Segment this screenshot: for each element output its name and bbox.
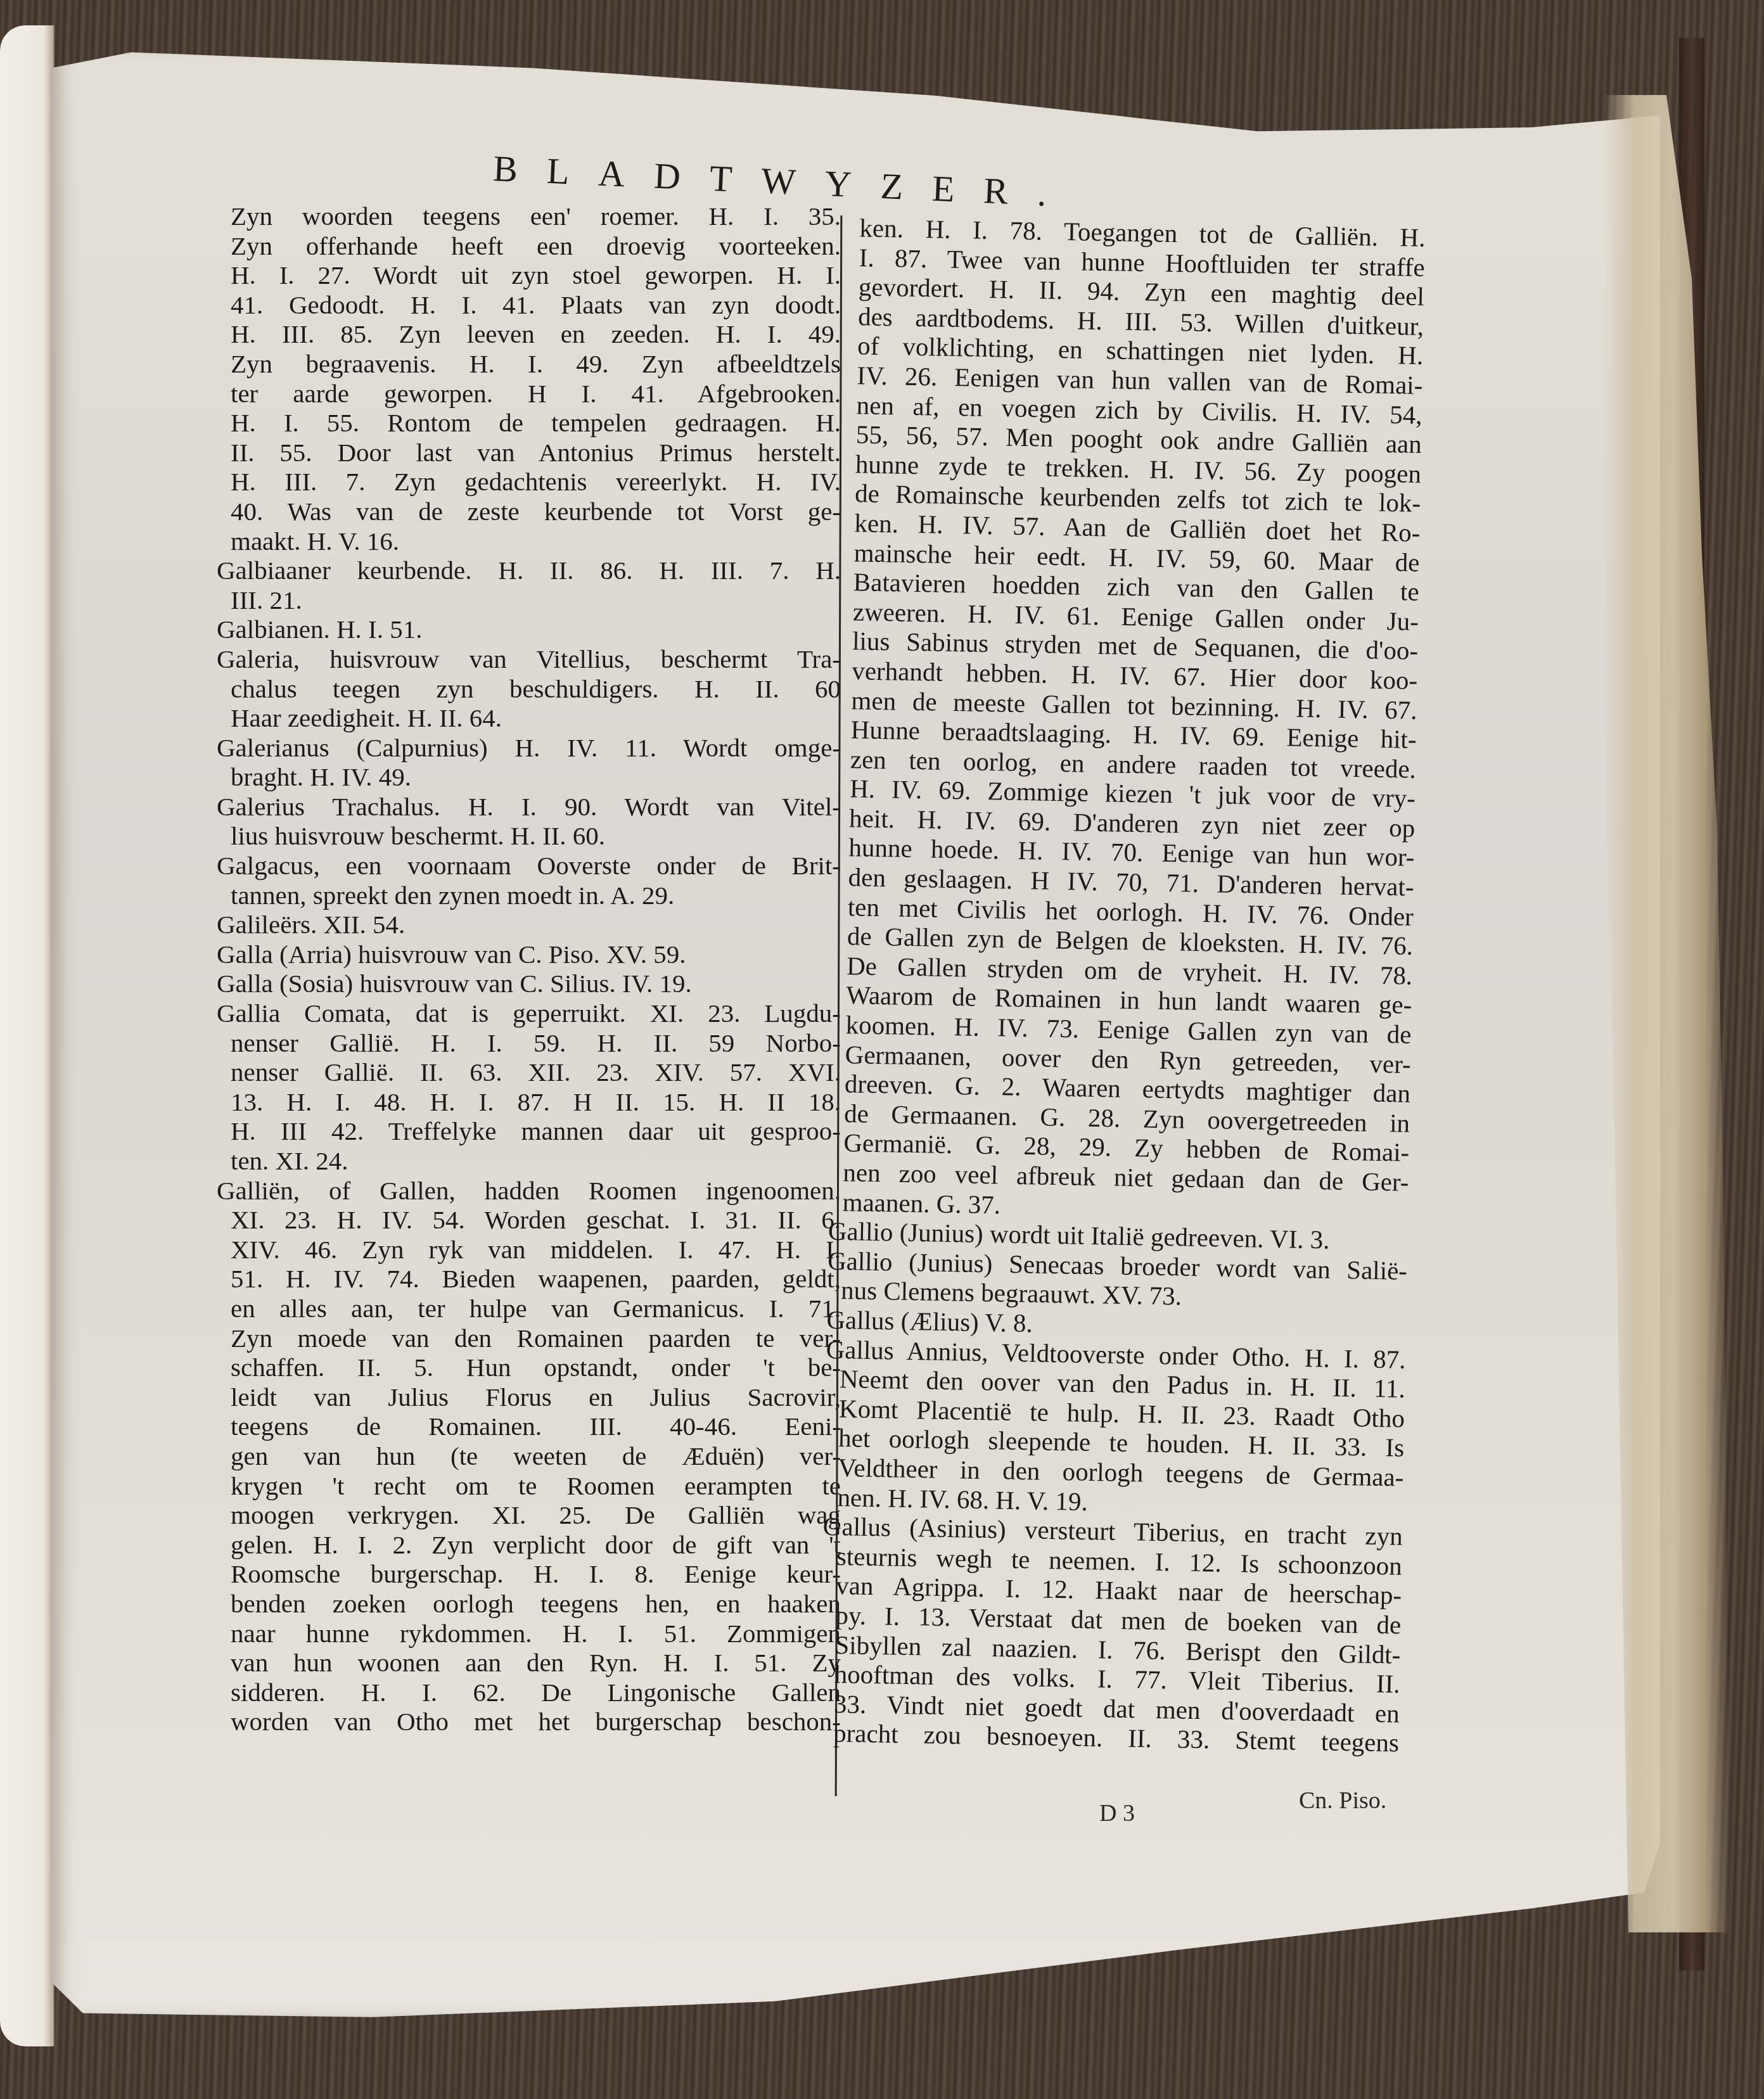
index-line: ten. XI. 24. bbox=[217, 1146, 841, 1176]
index-line: Zyn begraavenis. H. I. 49. Zyn afbeeldtz… bbox=[217, 349, 841, 379]
index-column-left: Zyn woorden teegens een' roemer. H. I. 3… bbox=[217, 201, 841, 1737]
index-line: 41. Gedoodt. H. I. 41. Plaats van zyn do… bbox=[217, 290, 841, 320]
index-line: van hun woonen aan den Ryn. H. I. 51. Zy bbox=[217, 1648, 841, 1678]
index-column-right: ken. H. I. 78. Toegangen tot de Galliën.… bbox=[819, 213, 1426, 1758]
index-line: 51. H. IV. 74. Bieden waapenen, paarden,… bbox=[217, 1264, 841, 1294]
index-line: leidt van Julius Florus en Julius Sacrov… bbox=[217, 1382, 841, 1412]
index-line: Haar zeedigheit. H. II. 64. bbox=[217, 703, 841, 733]
signature-mark: D 3 bbox=[1099, 1799, 1135, 1827]
index-line: H. III 42. Treffelyke mannen daar uit ge… bbox=[217, 1116, 841, 1146]
index-line: benden zoeken oorlogh teegens hen, en ha… bbox=[217, 1589, 841, 1619]
index-line: Gallia Comata, dat is geperruikt. XI. 23… bbox=[217, 998, 841, 1028]
index-line: lius huisvrouw beschermt. H. II. 60. bbox=[217, 821, 841, 851]
index-line: nenser Gallië. II. 63. XII. 23. XIV. 57.… bbox=[217, 1057, 841, 1087]
index-line: Galerianus (Calpurnius) H. IV. 11. Wordt… bbox=[217, 733, 841, 763]
index-line: tannen, spreekt den zynen moedt in. A. 2… bbox=[217, 881, 841, 910]
index-line: nenser Gallië. H. I. 59. H. II. 59 Norbo… bbox=[217, 1028, 841, 1058]
index-line: XI. 23. H. IV. 54. Worden geschat. I. 31… bbox=[217, 1205, 841, 1235]
index-line: Galeria, huisvrouw van Vitellius, besche… bbox=[217, 644, 841, 674]
index-line: Galla (Arria) huisvrouw van C. Piso. XV.… bbox=[217, 940, 841, 969]
index-line: sidderen. H. I. 62. De Lingonische Galle… bbox=[217, 1678, 841, 1707]
index-line: Galgacus, een voornaam Ooverste onder de… bbox=[217, 851, 841, 881]
index-line: maakt. H. V. 16. bbox=[217, 526, 841, 556]
index-line: 40. Was van de zeste keurbende tot Vorst… bbox=[217, 497, 841, 526]
index-line: en alles aan, ter hulpe van Germanicus. … bbox=[217, 1294, 841, 1324]
index-line: Galbiaaner keurbende. H. II. 86. H. III.… bbox=[217, 556, 841, 585]
index-line: gelen. H. I. 2. Zyn verplicht door de gi… bbox=[217, 1530, 841, 1560]
index-line: Galla (Sosia) huisvrouw van C. Silius. I… bbox=[217, 969, 841, 998]
index-line: gen van hun (te weeten de Æduën) ver- bbox=[217, 1441, 841, 1471]
index-line: Zyn woorden teegens een' roemer. H. I. 3… bbox=[217, 201, 841, 231]
facing-page-edge bbox=[0, 25, 54, 2046]
index-line: chalus teegen zyn beschuldigers. H. II. … bbox=[217, 674, 841, 704]
index-line: krygen 't recht om te Roomen eerampten t… bbox=[217, 1471, 841, 1501]
index-line: ter aarde geworpen. H I. 41. Afgebrooken… bbox=[217, 379, 841, 409]
index-line: III. 21. bbox=[217, 585, 841, 615]
index-line: H. III. 7. Zyn gedachtenis vereerlykt. H… bbox=[217, 467, 841, 497]
index-line: H. III. 85. Zyn leeven en zeeden. H. I. … bbox=[217, 319, 841, 349]
index-line: XIV. 46. Zyn ryk van middelen. I. 47. H.… bbox=[217, 1235, 841, 1265]
index-line: Galileërs. XII. 54. bbox=[217, 910, 841, 940]
index-line: Roomsche burgerschap. H. I. 8. Eenige ke… bbox=[217, 1559, 841, 1589]
index-line: Galbianen. H. I. 51. bbox=[217, 615, 841, 644]
index-line: 13. H. I. 48. H. I. 87. H II. 15. H. II … bbox=[217, 1087, 841, 1117]
catchword: Cn. Piso. bbox=[1299, 1787, 1386, 1815]
index-line: schaffen. II. 5. Hun opstandt, onder 't … bbox=[217, 1353, 841, 1382]
index-line: Galliën, of Gallen, hadden Roomen ingeno… bbox=[217, 1176, 841, 1206]
index-line: Zyn moede van den Romainen paarden te ve… bbox=[217, 1324, 841, 1353]
index-line: moogen verkrygen. XI. 25. De Galliën wag bbox=[217, 1500, 841, 1530]
index-line: naar hunne rykdommen. H. I. 51. Zommigen bbox=[217, 1619, 841, 1649]
index-line: H. I. 55. Rontom de tempelen gedraagen. … bbox=[217, 408, 841, 438]
index-line: worden van Otho met het burgerschap besc… bbox=[217, 1707, 841, 1737]
index-line: II. 55. Door last van Antonius Primus he… bbox=[217, 438, 841, 468]
index-line: Galerius Trachalus. H. I. 90. Wordt van … bbox=[217, 792, 841, 822]
index-line: Zyn offerhande heeft een droevig voortee… bbox=[217, 231, 841, 261]
index-line: H. I. 27. Wordt uit zyn stoel geworpen. … bbox=[217, 260, 841, 290]
index-line: braght. H. IV. 49. bbox=[217, 762, 841, 792]
index-line: teegens de Romainen. III. 40-46. Eeni- bbox=[217, 1412, 841, 1441]
